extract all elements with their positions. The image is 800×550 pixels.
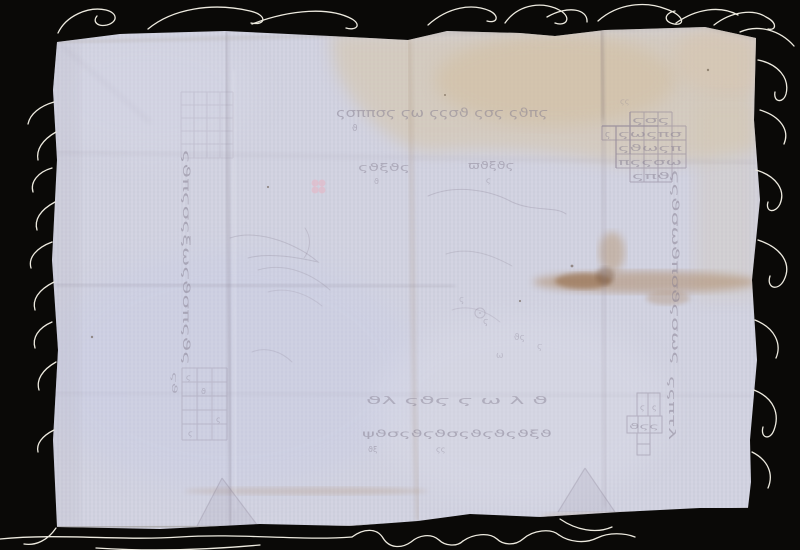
- inscription-scatter: ς: [459, 295, 464, 305]
- cloth-sheet: ϛσς ϛωςπσ ςϑωϛπ πςϛσω ςπϑ ς ϛ ϑ ς ϛ ϛϑ ϛ: [40, 20, 783, 540]
- stain-blotch-2: [646, 291, 690, 305]
- inscription-scatter: ϛ: [537, 342, 542, 352]
- speck: [519, 300, 521, 302]
- grid-cell-glyph: ϛ: [188, 429, 193, 438]
- speck: [707, 69, 709, 71]
- grid-row-glyphs: ϛωςπσ: [618, 130, 683, 140]
- petal: [312, 187, 319, 194]
- inscription-bottom-line-1: ϑλ ςϑϛ ϛ ω λ ϑ: [366, 394, 548, 407]
- speck: [571, 265, 574, 268]
- stain-blotch-1: [599, 232, 625, 272]
- grid-cell-glyph: ϑ: [201, 387, 206, 396]
- inscription-mid-left: ςϑξϑς: [358, 161, 410, 174]
- inscription-mark: ϛ: [486, 176, 491, 185]
- grid-extra-cell-glyph: ς: [605, 130, 610, 140]
- grid-row-glyphs: ϑϛς: [629, 422, 659, 431]
- grid-cell-glyph: ϛ: [640, 403, 645, 412]
- inscription-mark: ϑ: [352, 124, 358, 134]
- grid-row-glyphs: ςϑωϛπ: [618, 144, 683, 154]
- inscription-mark: ϛς: [436, 445, 445, 454]
- inscription-mark: ϑξ: [368, 445, 377, 454]
- inscription-scatter: ϑς: [514, 333, 525, 343]
- petal: [319, 180, 326, 187]
- photo-of-cloth-manuscript: ϛσς ϛωςπσ ςϑωϛπ πςϛσω ςπϑ ς ϛ ϑ ς ϛ ϛϑ ϛ: [0, 0, 800, 550]
- grid-cell-glyph: ς: [652, 403, 657, 412]
- speck: [267, 186, 269, 188]
- grid-row-glyphs: ςπϑ: [632, 172, 671, 182]
- grid-cell-glyph: ς: [216, 415, 221, 424]
- grid-row-glyphs: πςϛσω: [618, 158, 682, 168]
- grid-row-glyphs: ϛσς: [632, 116, 670, 126]
- stain-right-column: [695, 100, 757, 300]
- inscription-mark: ϛς: [620, 97, 629, 106]
- inscription-left-column: ςϑπϛσςξωϛϑσπςϑς: [180, 150, 191, 365]
- petal: [319, 187, 326, 194]
- grid-cell-glyph: ϛ: [186, 373, 191, 382]
- inscription-scatter: ϛ: [483, 317, 488, 327]
- inscription-bottom-line-2: ψϑσςϑϛϑσςϑϛϑςϑξϑ: [362, 429, 552, 440]
- inscription-right-column: ϛςϑσωϑπσϑϛσως: [669, 170, 680, 365]
- photo-canvas: ϛσς ϛωςπσ ςϑωϛπ πςϛσω ςπϑ ς ϛ ϑ ς ϛ ϛϑ ϛ: [0, 0, 800, 550]
- inscription-right-lower-column: ϛςπτλ: [666, 376, 676, 442]
- inscription-mark: ϑ: [374, 177, 379, 186]
- inscription-top-line: ςσππσϛ ϛω ϛςσϑ ςσϛ ςϑπϛ: [336, 106, 548, 120]
- petal: [312, 180, 319, 187]
- inscription-mid-right: ϖϑξϑϛ: [468, 159, 514, 172]
- grid-side-marks: ϛϑ: [170, 372, 178, 394]
- speck: [444, 94, 446, 96]
- sketch-spiral-dot: [479, 312, 481, 314]
- inscription-scatter: ω: [496, 351, 504, 361]
- speck: [91, 336, 93, 338]
